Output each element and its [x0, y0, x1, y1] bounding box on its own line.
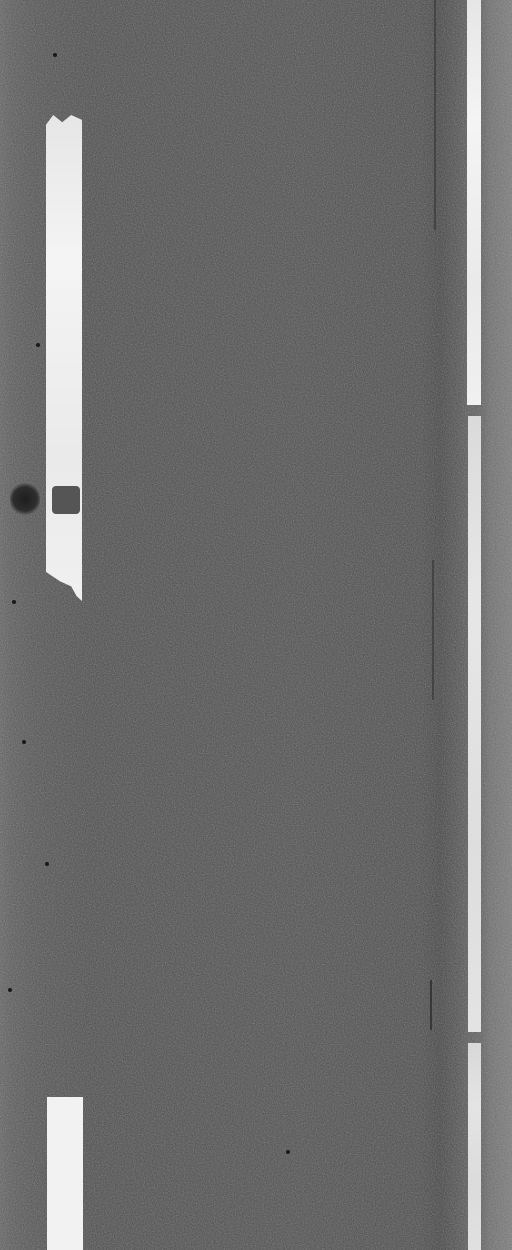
debris: [8, 988, 12, 992]
debris: [286, 1150, 290, 1154]
lane-marking-right-3: [468, 1043, 481, 1250]
asphalt-road: [0, 0, 512, 1250]
lane-marking-left-lower: [47, 1097, 83, 1250]
debris: [45, 862, 49, 866]
lane-marking-left-upper: [46, 115, 82, 601]
lane-marking-right-1: [467, 0, 481, 405]
debris: [22, 740, 26, 744]
tire-streak: [432, 560, 434, 700]
debris: [53, 53, 57, 57]
debris: [36, 343, 40, 347]
chipped-patch: [52, 486, 80, 514]
tire-streak: [434, 0, 436, 230]
oil-stain: [10, 483, 40, 515]
lane-marking-right-2: [468, 416, 481, 1032]
debris: [12, 600, 16, 604]
tire-streak: [430, 980, 432, 1030]
